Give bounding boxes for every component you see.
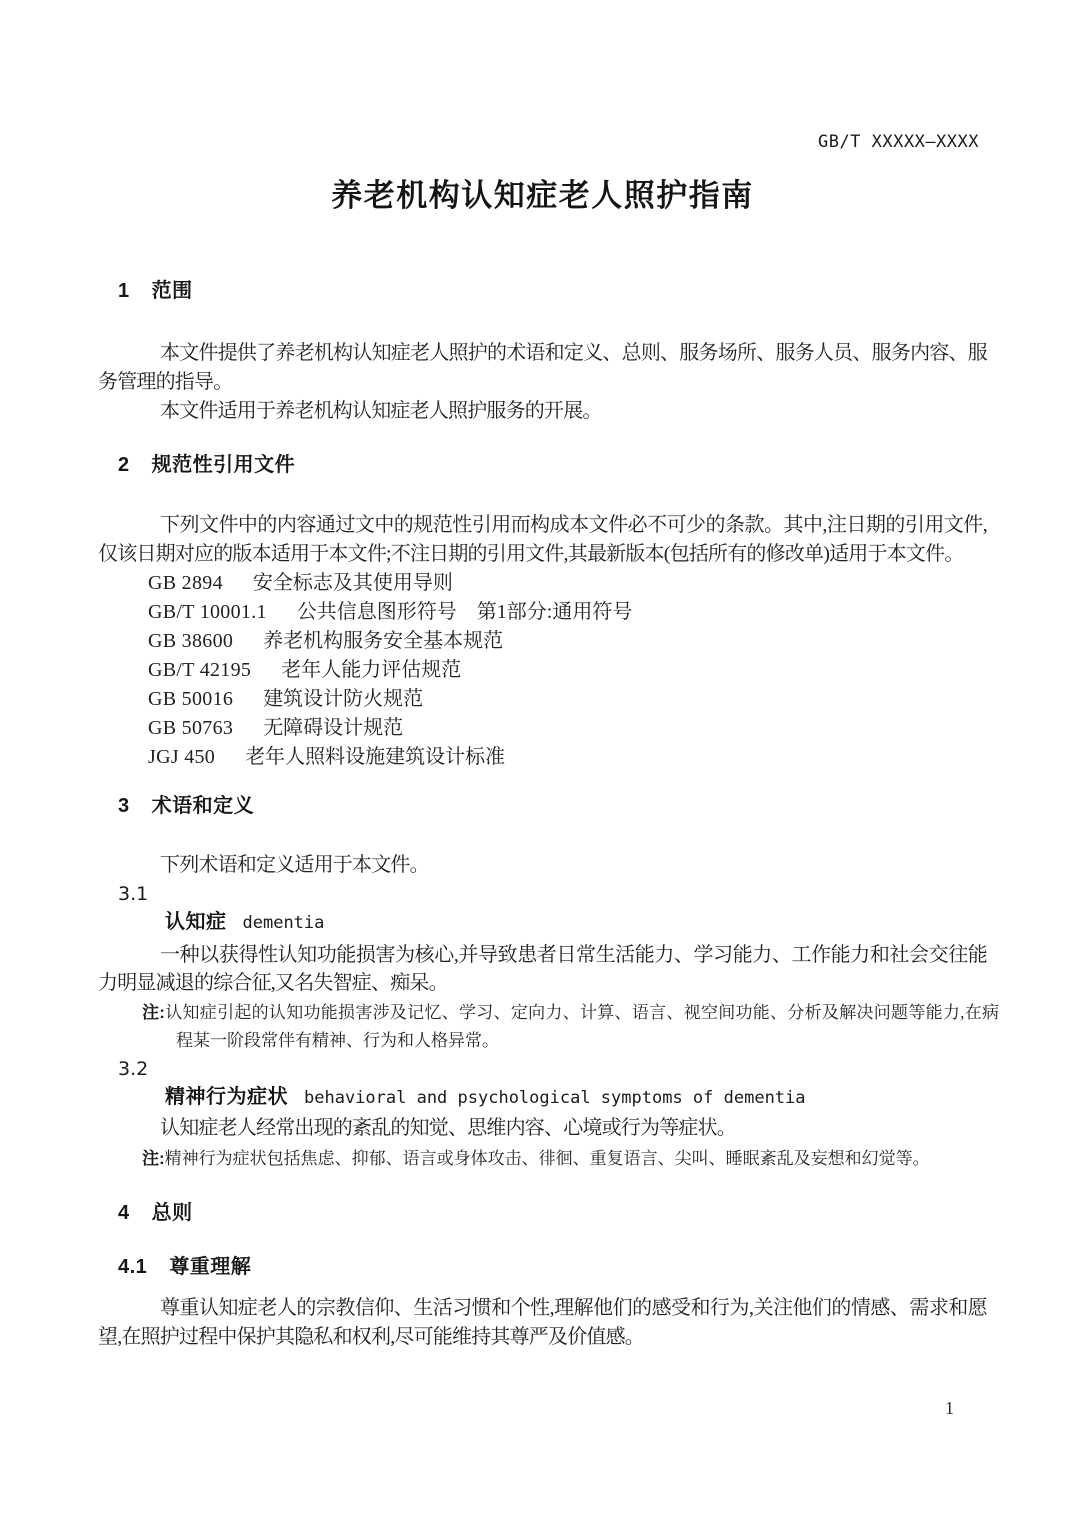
term-3-2-zh: 精神行为症状 xyxy=(165,1086,288,1108)
section-1-number: 1 xyxy=(118,279,130,303)
section-1-title: 范围 xyxy=(152,280,193,302)
reference-code: GB/T 42195 xyxy=(148,659,251,681)
section-4-1-title: 尊重理解 xyxy=(169,1256,251,1278)
term-3-1-definition: 一种以获得性认知功能损害为核心,并导致患者日常生活能力、学习能力、工作能力和社会… xyxy=(98,941,987,997)
scope-paragraph-1: 本文件提供了养老机构认知症老人照护的术语和定义、总则、服务场所、服务人员、服务内… xyxy=(98,339,987,397)
term-3-2-definition: 认知症老人经常出现的紊乱的知觉、思维内容、心境或行为等症状。 xyxy=(98,1114,987,1142)
standard-code: GB/T XXXXX—XXXX xyxy=(98,131,979,153)
section-3-title: 术语和定义 xyxy=(152,795,255,817)
section-3-number: 3 xyxy=(118,794,130,818)
term-3-1-number: 3.1 xyxy=(118,882,987,907)
section-2-number: 2 xyxy=(118,453,130,477)
reference-item: GB/T 42195老年人能力评估规范 xyxy=(98,656,987,685)
scope-paragraph-2: 本文件适用于养老机构认知症老人照护服务的开展。 xyxy=(98,397,987,426)
terms-intro: 下列术语和定义适用于本文件。 xyxy=(98,851,987,880)
document-page: GB/T XXXXX—XXXX 养老机构认知症老人照护指南 1范围 本文件提供了… xyxy=(0,0,1080,1527)
section-4-title: 总则 xyxy=(152,1202,193,1224)
section-4-number: 4 xyxy=(118,1201,130,1225)
reference-title: 养老机构服务安全基本规范 xyxy=(263,630,503,652)
term-3-2-number: 3.2 xyxy=(118,1057,987,1082)
normative-references-intro: 下列文件中的内容通过文中的规范性引用而构成本文件必不可少的条款。其中,注日期的引… xyxy=(98,511,987,569)
document-title: 养老机构认知症老人照护指南 xyxy=(98,177,987,215)
reference-code: GB/T 10001.1 xyxy=(148,601,267,623)
section-2-title: 规范性引用文件 xyxy=(152,454,296,476)
page-number: 1 xyxy=(945,1398,954,1418)
reference-title: 无障碍设计规范 xyxy=(263,717,403,739)
reference-code: JGJ 450 xyxy=(148,746,215,768)
section-4-heading: 4总则 xyxy=(118,1201,987,1225)
reference-code: GB 50016 xyxy=(148,688,233,710)
term-3-1-note: 注:认知症引起的认知功能损害涉及记忆、学习、定向力、计算、语言、视空间功能、分析… xyxy=(142,999,999,1055)
note-label: 注: xyxy=(142,1149,165,1168)
note-text: 精神行为症状包括焦虑、抑郁、语言或身体攻击、徘徊、重复语言、尖叫、睡眠紊乱及妄想… xyxy=(165,1149,930,1168)
reference-code: GB 2894 xyxy=(148,572,223,594)
reference-item: JGJ 450老年人照料设施建筑设计标准 xyxy=(98,743,987,772)
page-content: GB/T XXXXX—XXXX 养老机构认知症老人照护指南 1范围 本文件提供了… xyxy=(98,0,987,1352)
section-2-heading: 2规范性引用文件 xyxy=(118,453,987,477)
section-3-heading: 3术语和定义 xyxy=(118,794,987,818)
term-3-2-en: behavioral and psychological symptoms of… xyxy=(304,1088,806,1108)
term-3-1-line: 认知症dementia xyxy=(165,909,987,937)
reference-item: GB/T 10001.1公共信息图形符号 第1部分:通用符号 xyxy=(98,598,987,627)
respect-paragraph: 尊重认知症老人的宗教信仰、生活习惯和个性,理解他们的感受和行为,关注他们的情感、… xyxy=(98,1294,987,1352)
reference-item: GB 2894安全标志及其使用导则 xyxy=(98,569,987,598)
term-3-1-zh: 认知症 xyxy=(165,911,227,933)
term-3-2-note: 注:精神行为症状包括焦虑、抑郁、语言或身体攻击、徘徊、重复语言、尖叫、睡眠紊乱及… xyxy=(142,1145,999,1173)
reference-item: GB 38600养老机构服务安全基本规范 xyxy=(98,627,987,656)
note-label: 注: xyxy=(142,1003,165,1022)
reference-title: 安全标志及其使用导则 xyxy=(253,572,453,594)
section-4-1-number: 4.1 xyxy=(118,1255,147,1279)
section-1-heading: 1范围 xyxy=(118,279,987,303)
term-3-1-en: dementia xyxy=(243,913,325,933)
note-text: 认知症引起的认知功能损害涉及记忆、学习、定向力、计算、语言、视空间功能、分析及解… xyxy=(165,1003,999,1050)
reference-item: GB 50763无障碍设计规范 xyxy=(98,714,987,743)
reference-title: 老年人能力评估规范 xyxy=(281,659,461,681)
section-4-1-heading: 4.1尊重理解 xyxy=(118,1255,987,1279)
term-3-2-line: 精神行为症状behavioral and psychological sympt… xyxy=(165,1084,987,1112)
reference-list: GB 2894安全标志及其使用导则 GB/T 10001.1公共信息图形符号 第… xyxy=(98,569,987,772)
reference-title: 老年人照料设施建筑设计标准 xyxy=(245,746,505,768)
reference-title: 公共信息图形符号 第1部分:通用符号 xyxy=(297,601,633,623)
reference-code: GB 50763 xyxy=(148,717,233,739)
reference-code: GB 38600 xyxy=(148,630,233,652)
reference-item: GB 50016建筑设计防火规范 xyxy=(98,685,987,714)
reference-title: 建筑设计防火规范 xyxy=(263,688,423,710)
